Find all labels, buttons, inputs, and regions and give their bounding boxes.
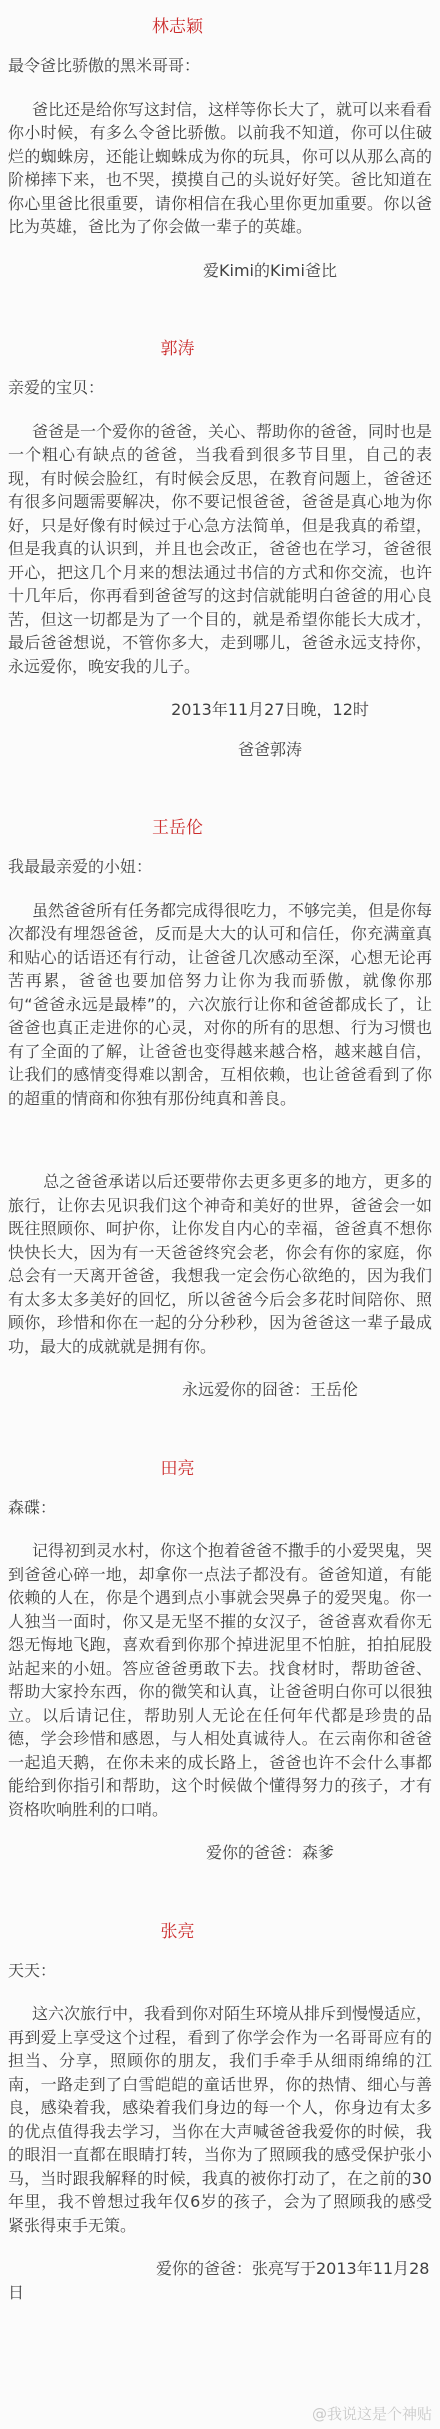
letter-paragraph: 爸比还是给你写这封信，这样等你长大了，就可以来看看你小时候，有多么令爸比骄傲。以…: [8, 98, 432, 239]
letter-paragraph: 总之爸爸承诺以后还要带你去更多更多的地方，更多的旅行，让你去见识我们这个神奇和美…: [8, 1170, 432, 1358]
letter-greeting: 亲爱的宝贝：: [8, 376, 432, 400]
page-content: 林志颖 最令爸比骄傲的黑米哥哥： 爸比还是给你写这封信，这样等你长大了，就可以来…: [0, 0, 440, 2304]
letter-greeting: 天天：: [8, 1959, 432, 1983]
letter-signoff: 永远爱你的囧爸：王岳伦: [8, 1378, 432, 1402]
watermark: @我说这是个神贴: [312, 2405, 432, 2423]
letter-section-linzhiying: 林志颖 最令爸比骄傲的黑米哥哥： 爸比还是给你写这封信，这样等你长大了，就可以来…: [8, 16, 432, 282]
letter-author-heading: 郭涛: [8, 338, 432, 360]
letter-signoff: 爱你的爸爸：张亮写于2013年11月28日: [8, 2257, 432, 2304]
letter-author-heading: 田亮: [8, 1458, 432, 1480]
letter-paragraph: 记得初到灵水村，你这个抱着爸爸不撒手的小爱哭鬼，哭到爸爸心碎一地，却拿你一点法子…: [8, 1539, 432, 1821]
letter-author-heading: 张亮: [8, 1921, 432, 1943]
letter-paragraph: 虽然爸爸所有任务都完成得很吃力，不够完美，但是你每次都没有埋怨爸爸，反而是大大的…: [8, 899, 432, 1111]
letter-section-tianliang: 田亮 森碟： 记得初到灵水村，你这个抱着爸爸不撒手的小爱哭鬼，哭到爸爸心碎一地，…: [8, 1458, 432, 1865]
letters-page: 林志颖 最令爸比骄傲的黑米哥哥： 爸比还是给你写这封信，这样等你长大了，就可以来…: [0, 0, 440, 2429]
letter-greeting: 我最最亲爱的小妞：: [8, 855, 432, 879]
letter-signoff: 爱Kimi的Kimi爸比: [8, 259, 432, 283]
letter-paragraph: 爸爸是一个爱你的爸爸，关心、帮助你的爸爸，同时也是一个粗心有缺点的爸爸，当我看到…: [8, 420, 432, 679]
letter-author-heading: 林志颖: [8, 16, 432, 38]
letter-paragraph: 这六次旅行中，我看到你对陌生环境从排斥到慢慢适应，再到爱上享受这个过程，看到了你…: [8, 2002, 432, 2237]
letter-author-heading: 王岳伦: [8, 817, 432, 839]
letter-signoff: 爱你的爸爸：森爹: [8, 1841, 432, 1865]
letter-signoff: 爸爸郭涛: [8, 738, 432, 762]
letter-section-wangyuelun: 王岳伦 我最最亲爱的小妞： 虽然爸爸所有任务都完成得很吃力，不够完美，但是你每次…: [8, 817, 432, 1402]
letter-section-zhangliang: 张亮 天天： 这六次旅行中，我看到你对陌生环境从排斥到慢慢适应，再到爱上享受这个…: [8, 1921, 432, 2305]
letter-greeting: 森碟：: [8, 1496, 432, 1520]
letter-section-guotao: 郭涛 亲爱的宝贝： 爸爸是一个爱你的爸爸，关心、帮助你的爸爸，同时也是一个粗心有…: [8, 338, 432, 761]
letter-greeting: 最令爸比骄傲的黑米哥哥：: [8, 54, 432, 78]
letter-signoff-date: 2013年11月27日晚，12时: [8, 698, 432, 722]
